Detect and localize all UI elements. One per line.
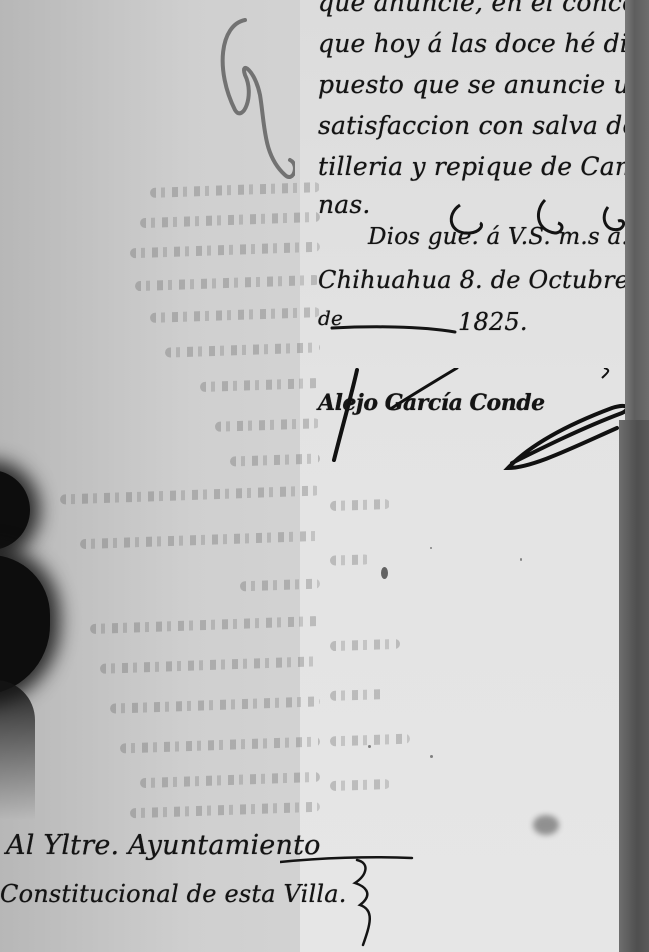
address-brace-icon <box>345 855 385 950</box>
closing-formula: Dios gue. á V.S. m.s a. <box>368 224 629 250</box>
year: 1825. <box>458 308 528 336</box>
date-dash-stroke-icon <box>330 318 460 338</box>
stain <box>533 815 559 835</box>
address-line-1: Al Yltre. Ayuntamiento <box>6 830 321 861</box>
address-line-2: Constitucional de esta Villa. <box>0 880 347 908</box>
body-line-1: que anuncie, en el concepto de <box>318 0 649 17</box>
body-line-2: que hoy á las doce hé dis- <box>318 29 649 58</box>
body-line-5: tilleria y repique de Campa- <box>318 152 649 181</box>
signature: Alejo García Conde <box>318 390 545 416</box>
body-line-4: satisfaccion con salva de ar- <box>318 111 649 140</box>
page-edge-shadow-lower <box>619 420 649 952</box>
body-line-6: nas. <box>318 190 371 219</box>
signature-rubric-icon <box>312 368 642 478</box>
finger-shadow-tail <box>0 680 35 820</box>
flourish-mark-icon <box>215 15 295 185</box>
ink-spot <box>381 567 388 579</box>
body-line-3: puesto que se anuncie uno, <box>318 70 649 99</box>
place-date: Chihuahua 8. de Octubre <box>318 266 629 294</box>
manuscript-page: que anuncie, en el concepto de que hoy á… <box>0 0 649 952</box>
